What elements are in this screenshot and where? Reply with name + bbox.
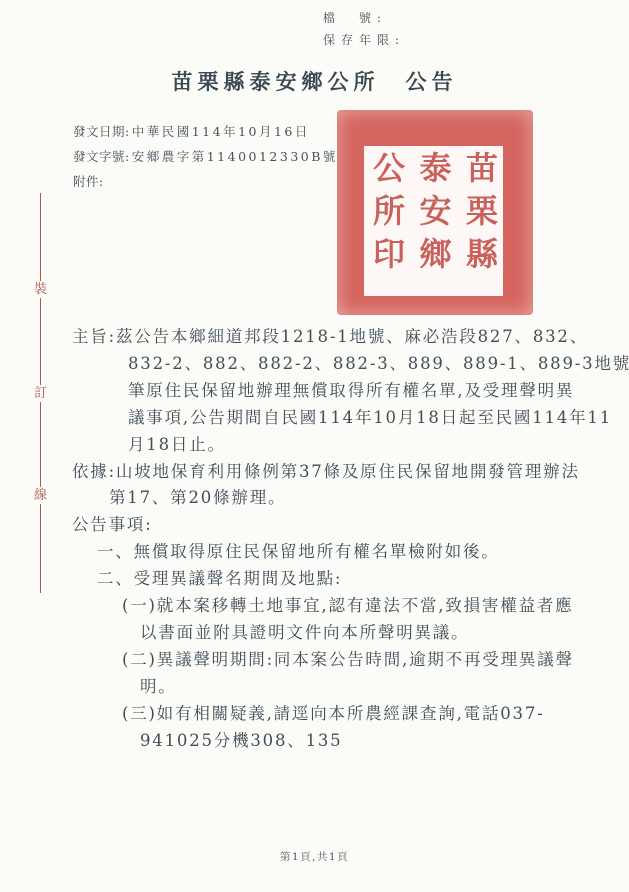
body-line: 月18日止。 xyxy=(72,432,612,459)
doc-number-value: 安鄉農字第1140012330B號 xyxy=(132,149,338,164)
official-seal-inner: 苗栗縣 泰安鄉 公所印 xyxy=(364,146,503,296)
body-line: 明。 xyxy=(72,674,612,701)
archive-header: 檔 號: 保存年限: xyxy=(323,8,405,51)
body-line: 筆原住民保留地辦理無償取得所有權名單,及受理聲明異 xyxy=(72,378,612,405)
body-line: 941025分機308、135 xyxy=(72,728,612,755)
page-number: 第1頁,共1頁 xyxy=(0,849,629,864)
attachment-label: 附件: xyxy=(73,174,104,189)
document-title: 苗栗縣泰安鄉公所 公告 xyxy=(0,66,629,96)
binding-char-zhuang: 裝 xyxy=(32,281,49,298)
binding-char-ding: 訂 xyxy=(32,385,49,402)
attachment-line: 附件: xyxy=(73,169,338,194)
announcement-body: 主旨:茲公告本鄉細道邦段1218-1地號、麻必浩段827、832、 832-2、… xyxy=(72,324,612,755)
official-seal: 苗栗縣 泰安鄉 公所印 xyxy=(337,110,533,315)
seal-column-3: 公所印 xyxy=(371,151,403,291)
issue-date-line: 發文日期:中華民國114年10月16日 xyxy=(73,119,338,144)
announcement-document: 檔 號: 保存年限: 苗栗縣泰安鄉公所 公告 發文日期:中華民國114年10月1… xyxy=(0,0,629,892)
body-line: (一)就本案移轉土地事宜,認有違法不當,致損害權益者應 xyxy=(72,593,612,620)
body-line: 以書面並附具證明文件向本所聲明異議。 xyxy=(72,620,612,647)
body-line: 依據:山坡地保育利用條例第37條及原住民保留地開發管理辦法 xyxy=(72,459,612,486)
body-line: (二)異議聲明期間:同本案公告時間,逾期不再受理異議聲 xyxy=(72,647,612,674)
body-line: 第17、第20條辦理。 xyxy=(72,485,612,512)
body-line: 832-2、882、882-2、882-3、889、889-1、889-3地號等… xyxy=(72,351,612,378)
issue-meta: 發文日期:中華民國114年10月16日 發文字號:安鄉農字第1140012330… xyxy=(73,119,338,195)
body-line: 主旨:茲公告本鄉細道邦段1218-1地號、麻必浩段827、832、 xyxy=(72,324,612,351)
retention-period-label: 保存年限: xyxy=(323,30,405,52)
body-line: 公告事項: xyxy=(72,512,612,539)
issue-date-value: 中華民國114年10月16日 xyxy=(132,124,310,139)
issue-date-label: 發文日期: xyxy=(73,124,130,139)
body-line: 二、受理異議聲名期間及地點: xyxy=(72,566,612,593)
file-number-label: 檔 號: xyxy=(323,8,405,30)
seal-column-1: 苗栗縣 xyxy=(464,151,496,291)
body-line: 議事項,公告期間自民國114年10月18日起至民國114年11 xyxy=(72,405,612,432)
doc-number-line: 發文字號:安鄉農字第1140012330B號 xyxy=(73,144,338,169)
doc-number-label: 發文字號: xyxy=(73,149,130,164)
seal-column-2: 泰安鄉 xyxy=(418,151,450,291)
body-line: (三)如有相關疑義,請逕向本所農經課查詢,電話037- xyxy=(72,701,612,728)
body-line: 一、無償取得原住民保留地所有權名單檢附如後。 xyxy=(72,539,612,566)
binding-char-xian: 線 xyxy=(32,487,49,504)
